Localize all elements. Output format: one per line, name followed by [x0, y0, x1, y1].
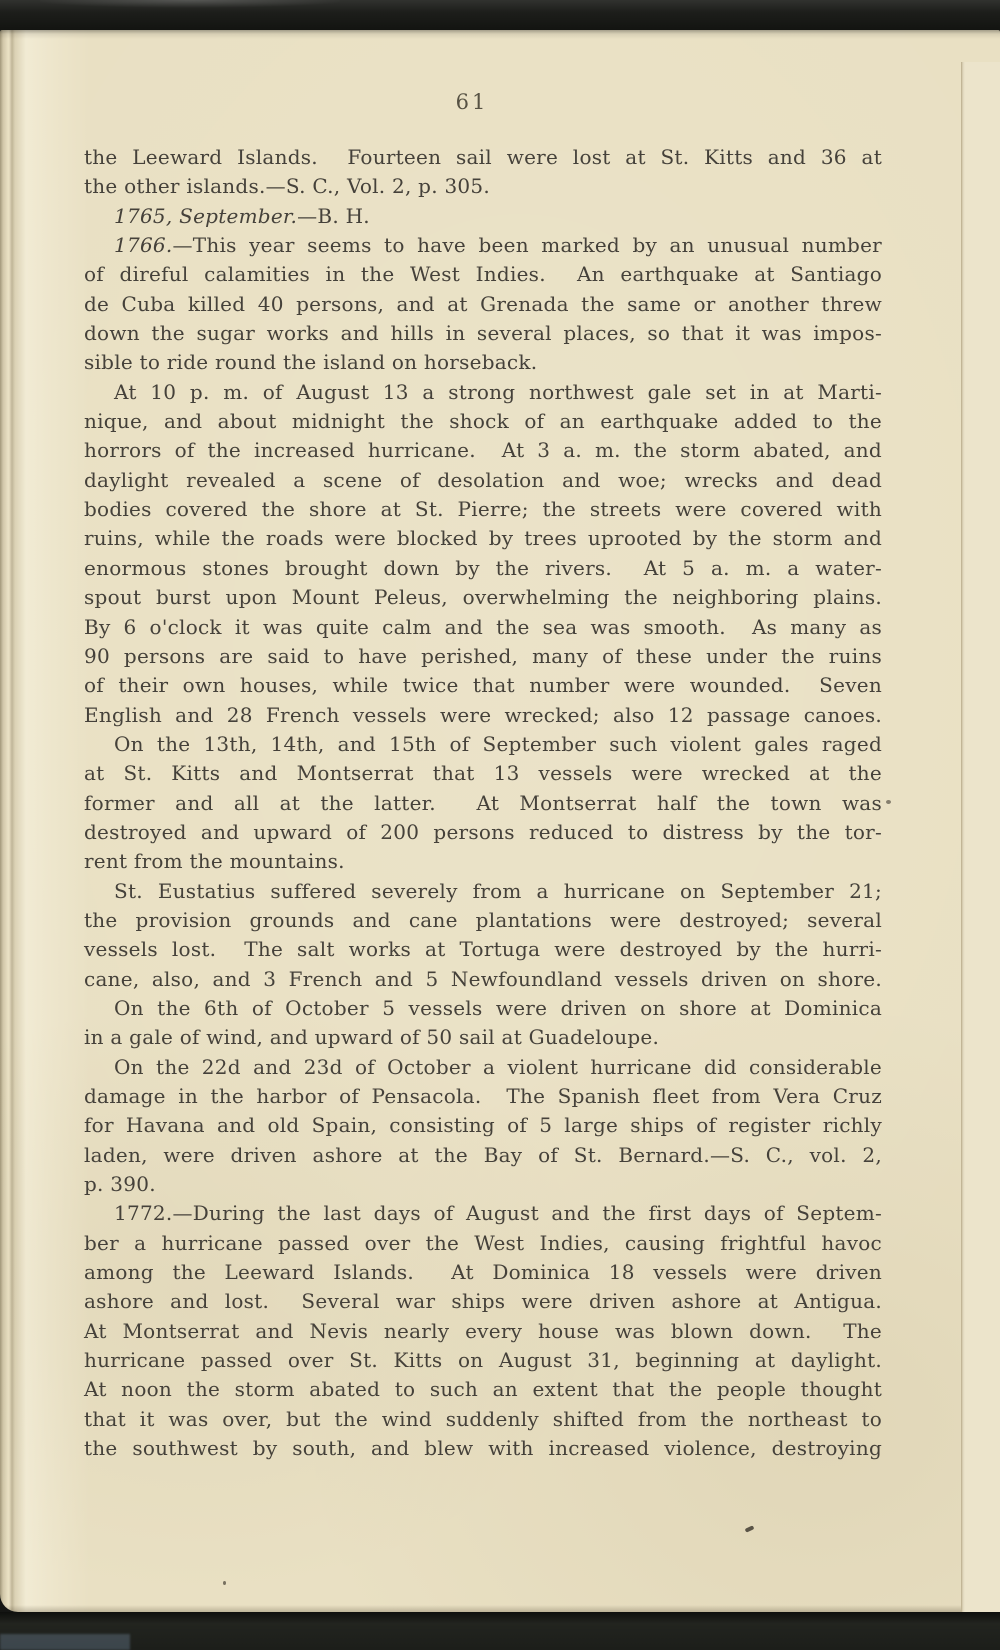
text-line: ber a hurricane passed over the West Ind…: [84, 1229, 882, 1258]
text-line: On the 22d and 23d of October a violent …: [84, 1053, 882, 1082]
ink-speck: [886, 800, 891, 804]
text-line: the Leeward Islands. Fourteen sail were …: [84, 143, 882, 172]
text-line: that it was over, but the wind suddenly …: [84, 1405, 882, 1434]
cover-sheen: [0, 1634, 130, 1650]
text-line: At Montserrat and Nevis nearly every hou…: [84, 1317, 882, 1346]
text-line: At noon the storm abated to such an exte…: [84, 1375, 882, 1404]
text-line: nique, and about midnight the shock of a…: [84, 407, 882, 436]
text-line: 1766.—This year seems to have been marke…: [84, 231, 882, 260]
italic-year-heading: 1766.: [114, 233, 173, 257]
text-line: enormous stones brought down by the rive…: [84, 554, 882, 583]
page-number: 61: [388, 90, 556, 114]
text-line: St. Eustatius suffered severely from a h…: [84, 877, 882, 906]
text-line: 1765, September.—B. H.: [84, 202, 882, 231]
italic-year-heading: 1765, September.: [114, 204, 297, 228]
text-line: de Cuba killed 40 persons, and at Grenad…: [84, 290, 882, 319]
text-line: spout burst upon Mount Peleus, overwhelm…: [84, 583, 882, 612]
text-line: sible to ride round the island on horseb…: [84, 348, 882, 377]
text-line: daylight revealed a scene of desolation …: [84, 466, 882, 495]
text-line: damage in the harbor of Pensacola. The S…: [84, 1082, 882, 1111]
text-line: of their own houses, while twice that nu…: [84, 671, 882, 700]
text-line: the provision grounds and cane plantatio…: [84, 906, 882, 935]
text-line: destroyed and upward of 200 persons redu…: [84, 818, 882, 847]
page-text: the Leeward Islands. Fourteen sail were …: [84, 143, 882, 1463]
text-line: laden, were driven ashore at the Bay of …: [84, 1141, 882, 1170]
text-line: On the 6th of October 5 vessels were dri…: [84, 994, 882, 1023]
ink-speck: [223, 1581, 226, 1585]
text-line: at St. Kitts and Montserrat that 13 vess…: [84, 759, 882, 788]
text-line: down the sugar works and hills in severa…: [84, 319, 882, 348]
text-line: English and 28 French vessels were wreck…: [84, 701, 882, 730]
book-cover-top-edge: [0, 0, 1000, 30]
text-line: of direful calamities in the West Indies…: [84, 260, 882, 289]
text-line: for Havana and old Spain, consisting of …: [84, 1111, 882, 1140]
text-line: 1772.—During the last days of August and…: [84, 1199, 882, 1228]
text-line: bodies covered the shore at St. Pierre; …: [84, 495, 882, 524]
text-line: the other islands.—S. C., Vol. 2, p. 305…: [84, 172, 882, 201]
text-line: By 6 o'clock it was quite calm and the s…: [84, 613, 882, 642]
text-line: ruins, while the roads were blocked by t…: [84, 524, 882, 553]
text-line: in a gale of wind, and upward of 50 sail…: [84, 1023, 882, 1052]
text-line: horrors of the increased hurricane. At 3…: [84, 436, 882, 465]
book-cover-bottom-edge: [0, 1612, 1000, 1650]
text-line: rent from the mountains.: [84, 847, 882, 876]
text-line: the southwest by south, and blew with in…: [84, 1434, 882, 1463]
text-line: hurricane passed over St. Kitts on Augus…: [84, 1346, 882, 1375]
text-line: At 10 p. m. of August 13 a strong northw…: [84, 378, 882, 407]
next-page-edge: [961, 62, 1000, 1636]
text-line: among the Leeward Islands. At Dominica 1…: [84, 1258, 882, 1287]
text-line: ashore and lost. Several war ships were …: [84, 1287, 882, 1316]
text-line: vessels lost. The salt works at Tortuga …: [84, 935, 882, 964]
text-line: On the 13th, 14th, and 15th of September…: [84, 730, 882, 759]
text-line: former and all at the latter. At Montser…: [84, 789, 882, 818]
scanned-book-photo: 61 the Leeward Islands. Fourteen sail we…: [0, 0, 1000, 1650]
text-line: cane, also, and 3 French and 5 Newfoundl…: [84, 965, 882, 994]
text-line: p. 390.: [84, 1170, 882, 1199]
text-line: 90 persons are said to have perished, ma…: [84, 642, 882, 671]
